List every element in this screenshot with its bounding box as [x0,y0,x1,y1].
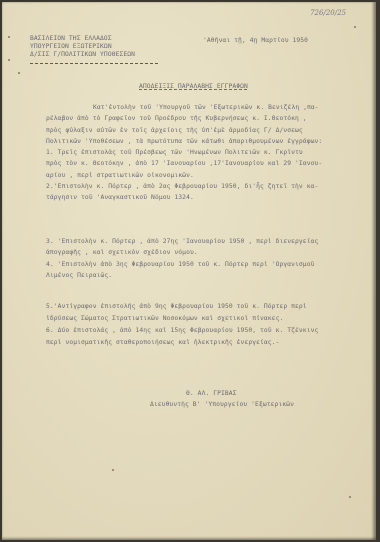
paper-speck [112,469,114,471]
body-line: αρίου , περὶ στρατιωτικῶν οἰκονομικῶν. [46,173,194,179]
date-line: 'Αθῆναι τῇ, 4ῃ Μαρτίου 1950 [203,38,308,44]
body-line: περὶ νομισματικῆς σταθεροποιήσεως καὶ ἠλ… [46,340,279,346]
body-line: 4. 'Επιστολὴν ἀπὸ 3ης Φεβρουαρίου 1950 τ… [46,262,314,268]
body-line: 6. Δύο ἐπιστολάς , ἀπὸ 14ης καὶ 15ης Φεβ… [46,328,318,334]
body-line: Πολιτικῶν 'Υποθέσεων , τὰ πρωτότυπα τῶν … [46,139,322,145]
paper-speck [18,72,20,74]
archive-reference: 726/20/25 [310,9,346,17]
body-line: 2.'Επιστολὴν κ. Πόρτερ , ἀπὸ 2ας Φεβρουα… [46,184,318,190]
body-line: πρὸς φύλαξιν αὐτῶν ἐν τοῖς ἀρχείοις τῆς … [46,128,303,134]
body-line: ἀπογραφῆς , καὶ σχετικὸν σχέδιον νόμου. [46,250,198,256]
paper-speck [354,26,356,28]
paper-speck [8,59,10,61]
body-line: 3. 'Επιστολὴν κ. Πόρτερ , ἀπὸ 27ης 'Ιανο… [46,239,318,245]
document-title: ΑΠΟΔΕΙΞΙΣ ΠΑΡΑΛΑΒΗΣ ΕΓΓΡΑΦΩΝ [139,84,248,90]
letterhead-line-3: Δ/ΣΙΣ Γ/ΠΟΛΙΤΙΚΩΝ ΥΠΟΘΕΣΕΩΝ [30,52,158,64]
letterhead-line-2: ΥΠΟΥΡΓΕΙΟΝ ΕΞΩΤΕΡΙΚΩΝ [30,44,112,50]
letterhead-line-1: ΒΑΣΙΛΕΙΟΝ ΤΗΣ ΕΛΛΑΔΟΣ [30,36,112,42]
body-line: τάργησιν τοῦ 'Αναγκαστικοῦ Νόμου 1324. [46,195,194,201]
paper-speck [349,496,351,498]
signature-role: Διευθυντὴς Β' 'Υπουργείου 'Εξωτερικῶν [150,402,294,408]
body-line: Λιμένος Πειραιῶς. [46,273,112,279]
document-page: 726/20/25 ΒΑΣΙΛΕΙΟΝ ΤΗΣ ΕΛΛΑΔΟΣ ΥΠΟΥΡΓΕΙ… [2,2,376,540]
body-line: ρέλαβον ἀπὸ τὸ Γραφεῖον τοῦ Προέδρου τῆς… [46,116,307,122]
body-line: ἱδρύσεως Σώματος Στρατιωτικῶν Νοσοκόμων … [46,316,283,322]
body-line: 5.'Αντίγραφον ἐπιστολῆς ἀπὸ 9ης Φεβρουαρ… [46,304,307,310]
signature-name: Θ. ΑΛ. ΓΡΙΒΑΣ [186,391,237,397]
body-line: πρὸς τὸν κ. Θεοτόκην , ἀπὸ 17 'Ιανουαρίο… [46,161,322,167]
body-line: Κατ'ἐντολὴν τοῦ 'Υπουργοῦ τῶν 'Εξωτερικῶ… [93,105,319,111]
paper-speck [8,36,10,38]
body-line: 1. Τρεῖς ἐπιστολὰς τοῦ Πρέσβεως τῶν 'Ηνω… [46,150,303,156]
